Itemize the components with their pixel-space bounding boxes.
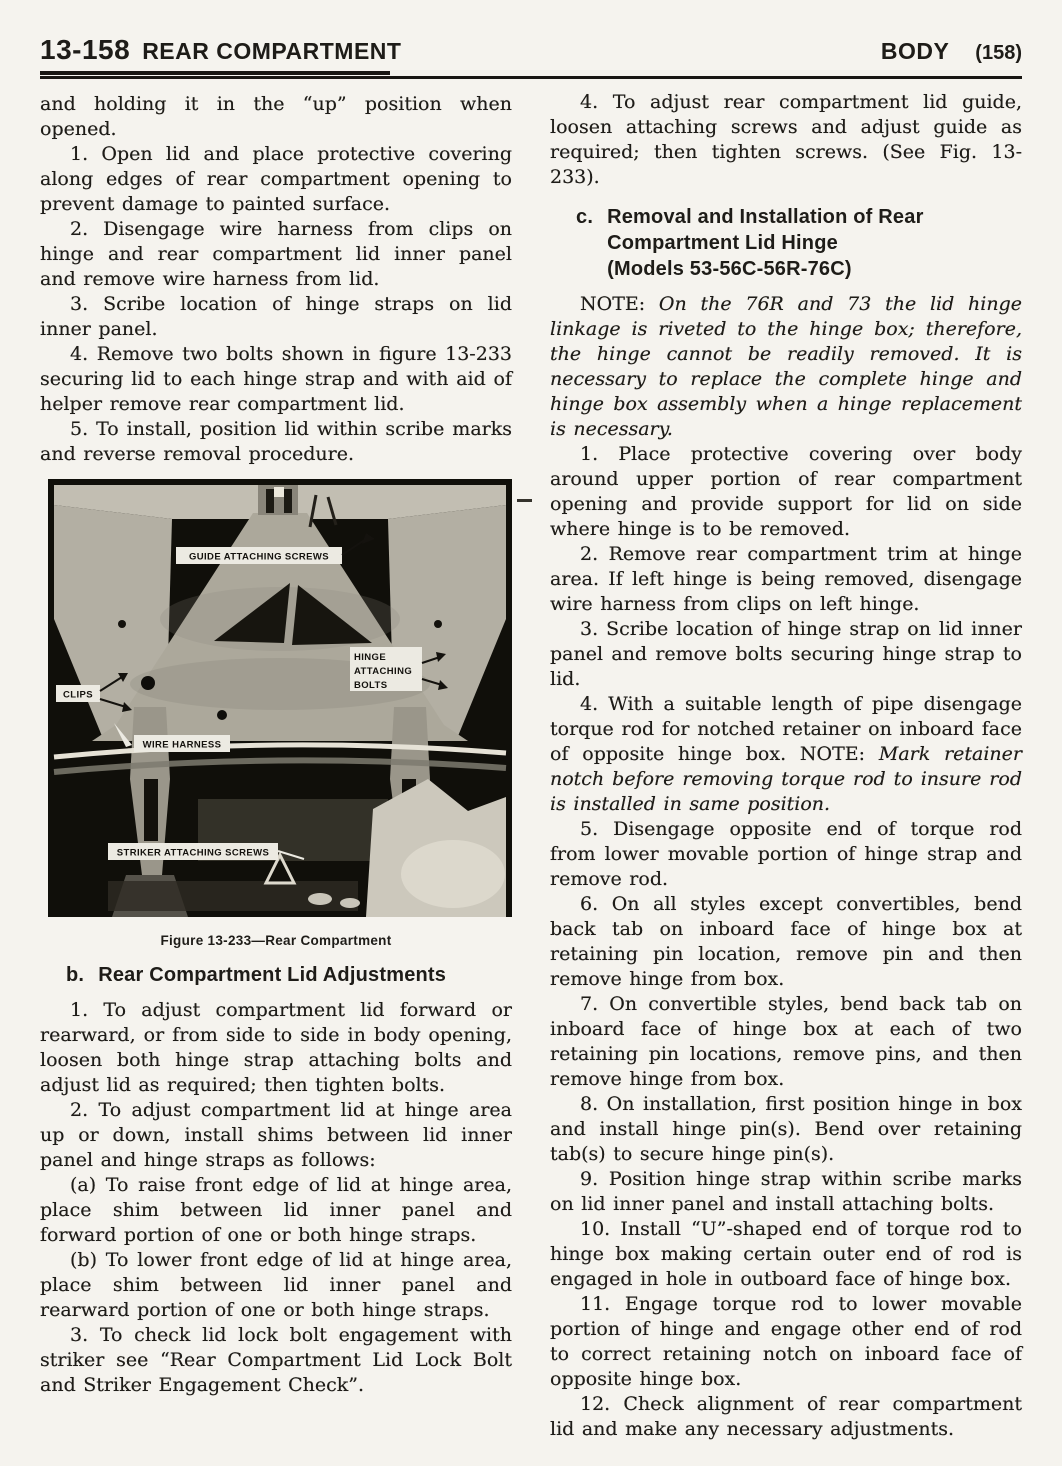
svg-text:STRIKER ATTACHING SCREWS: STRIKER ATTACHING SCREWS [117, 848, 269, 859]
paragraph: 3. Scribe location of hinge strap on lid… [550, 617, 1022, 692]
manual-title: BODY [881, 38, 949, 65]
paragraph: 2. Remove rear compartment trim at hinge… [550, 542, 1022, 617]
paragraph: 1. To adjust compartment lid forward or … [40, 998, 512, 1098]
paragraph: 1. Open lid and place protective coverin… [40, 142, 512, 217]
paragraph: 2. To adjust compartment lid at hinge ar… [40, 1098, 512, 1173]
paragraph: 9. Position hinge strap within scribe ma… [550, 1167, 1022, 1217]
margin-dash [517, 499, 532, 502]
header-rule-thick [40, 71, 390, 75]
paragraph: 7. On convertible styles, bend back tab … [550, 992, 1022, 1092]
section-c-heading: c. Removal and Installation of Rear Comp… [576, 204, 1022, 282]
header-left: 13-158 REAR COMPARTMENT [40, 34, 401, 66]
paragraph: 2. Disengage wire harness from clips on … [40, 217, 512, 292]
paragraph: 3. Scribe location of hinge straps on li… [40, 292, 512, 342]
svg-text:CLIPS: CLIPS [63, 690, 93, 701]
section-code: 13-158 [40, 34, 130, 66]
note-text: On the 76R and 73 the lid hinge linkage … [550, 293, 1022, 440]
paragraph: 8. On installation, first position hinge… [550, 1092, 1022, 1167]
note-label: NOTE: [580, 293, 645, 315]
note-paragraph: NOTE: On the 76R and 73 the lid hinge li… [550, 292, 1022, 442]
svg-text:ATTACHING: ATTACHING [354, 666, 412, 677]
paragraph-with-note: 4. With a suitable length of pipe diseng… [550, 692, 1022, 817]
step-4-note-label: NOTE: [800, 743, 865, 765]
section-c-title: Removal and Installation of Rear Compart… [607, 204, 923, 282]
section-c-line3: (Models 53-56C-56R-76C) [607, 256, 923, 282]
paragraph: 5. Disengage opposite end of torque rod … [550, 817, 1022, 892]
section-b-heading: b. Rear Compartment Lid Adjustments [66, 962, 512, 988]
section-c-line1: Removal and Installation of Rear [607, 204, 923, 230]
paragraph: (b) To lower front edge of lid at hinge … [40, 1248, 512, 1323]
figure-13-233-photo: GUIDE ATTACHING SCREWS HINGE ATTACHING B… [48, 479, 512, 917]
paragraph: 11. Engage torque rod to lower movable p… [550, 1292, 1022, 1392]
paragraph: 4. To adjust rear compartment lid guide,… [550, 90, 1022, 190]
figure-caption: Figure 13-233—Rear Compartment [40, 933, 512, 948]
paragraph: 10. Install “U”-shaped end of torque rod… [550, 1217, 1022, 1292]
right-column: 4. To adjust rear compartment lid guide,… [550, 90, 1022, 1442]
paragraph: 5. To install, position lid within scrib… [40, 417, 512, 467]
section-c-label: c. [576, 204, 593, 282]
page-header: 13-158 REAR COMPARTMENT BODY (158) [40, 34, 1022, 66]
paragraph: 6. On all styles except convertibles, be… [550, 892, 1022, 992]
paragraph: 1. Place protective covering over body a… [550, 442, 1022, 542]
left-column: and holding it in the “up” position when… [40, 92, 512, 1398]
paragraph: 4. Remove two bolts shown in figure 13-2… [40, 342, 512, 417]
paragraph: 12. Check alignment of rear compartment … [550, 1392, 1022, 1442]
header-right: BODY (158) [881, 38, 1022, 65]
svg-text:GUIDE ATTACHING SCREWS: GUIDE ATTACHING SCREWS [189, 552, 329, 563]
section-title: REAR COMPARTMENT [142, 38, 401, 65]
rear-compartment-photo: GUIDE ATTACHING SCREWS HINGE ATTACHING B… [48, 479, 512, 917]
svg-text:BOLTS: BOLTS [354, 680, 388, 691]
section-b-title: Rear Compartment Lid Adjustments [98, 962, 446, 988]
paragraph: 3. To check lid lock bolt engagement wit… [40, 1323, 512, 1398]
page-number: (158) [975, 42, 1022, 65]
section-c-line2: Compartment Lid Hinge [607, 230, 923, 256]
svg-text:WIRE HARNESS: WIRE HARNESS [143, 740, 222, 751]
header-rule [40, 76, 1022, 79]
manual-page: 13-158 REAR COMPARTMENT BODY (158) and h… [0, 0, 1062, 1466]
paragraph: (a) To raise front edge of lid at hinge … [40, 1173, 512, 1248]
label-striker-attaching-screws: STRIKER ATTACHING SCREWS [108, 843, 304, 860]
paragraph: and holding it in the “up” position when… [40, 92, 512, 142]
section-b-label: b. [66, 962, 84, 988]
svg-text:HINGE: HINGE [354, 652, 386, 663]
